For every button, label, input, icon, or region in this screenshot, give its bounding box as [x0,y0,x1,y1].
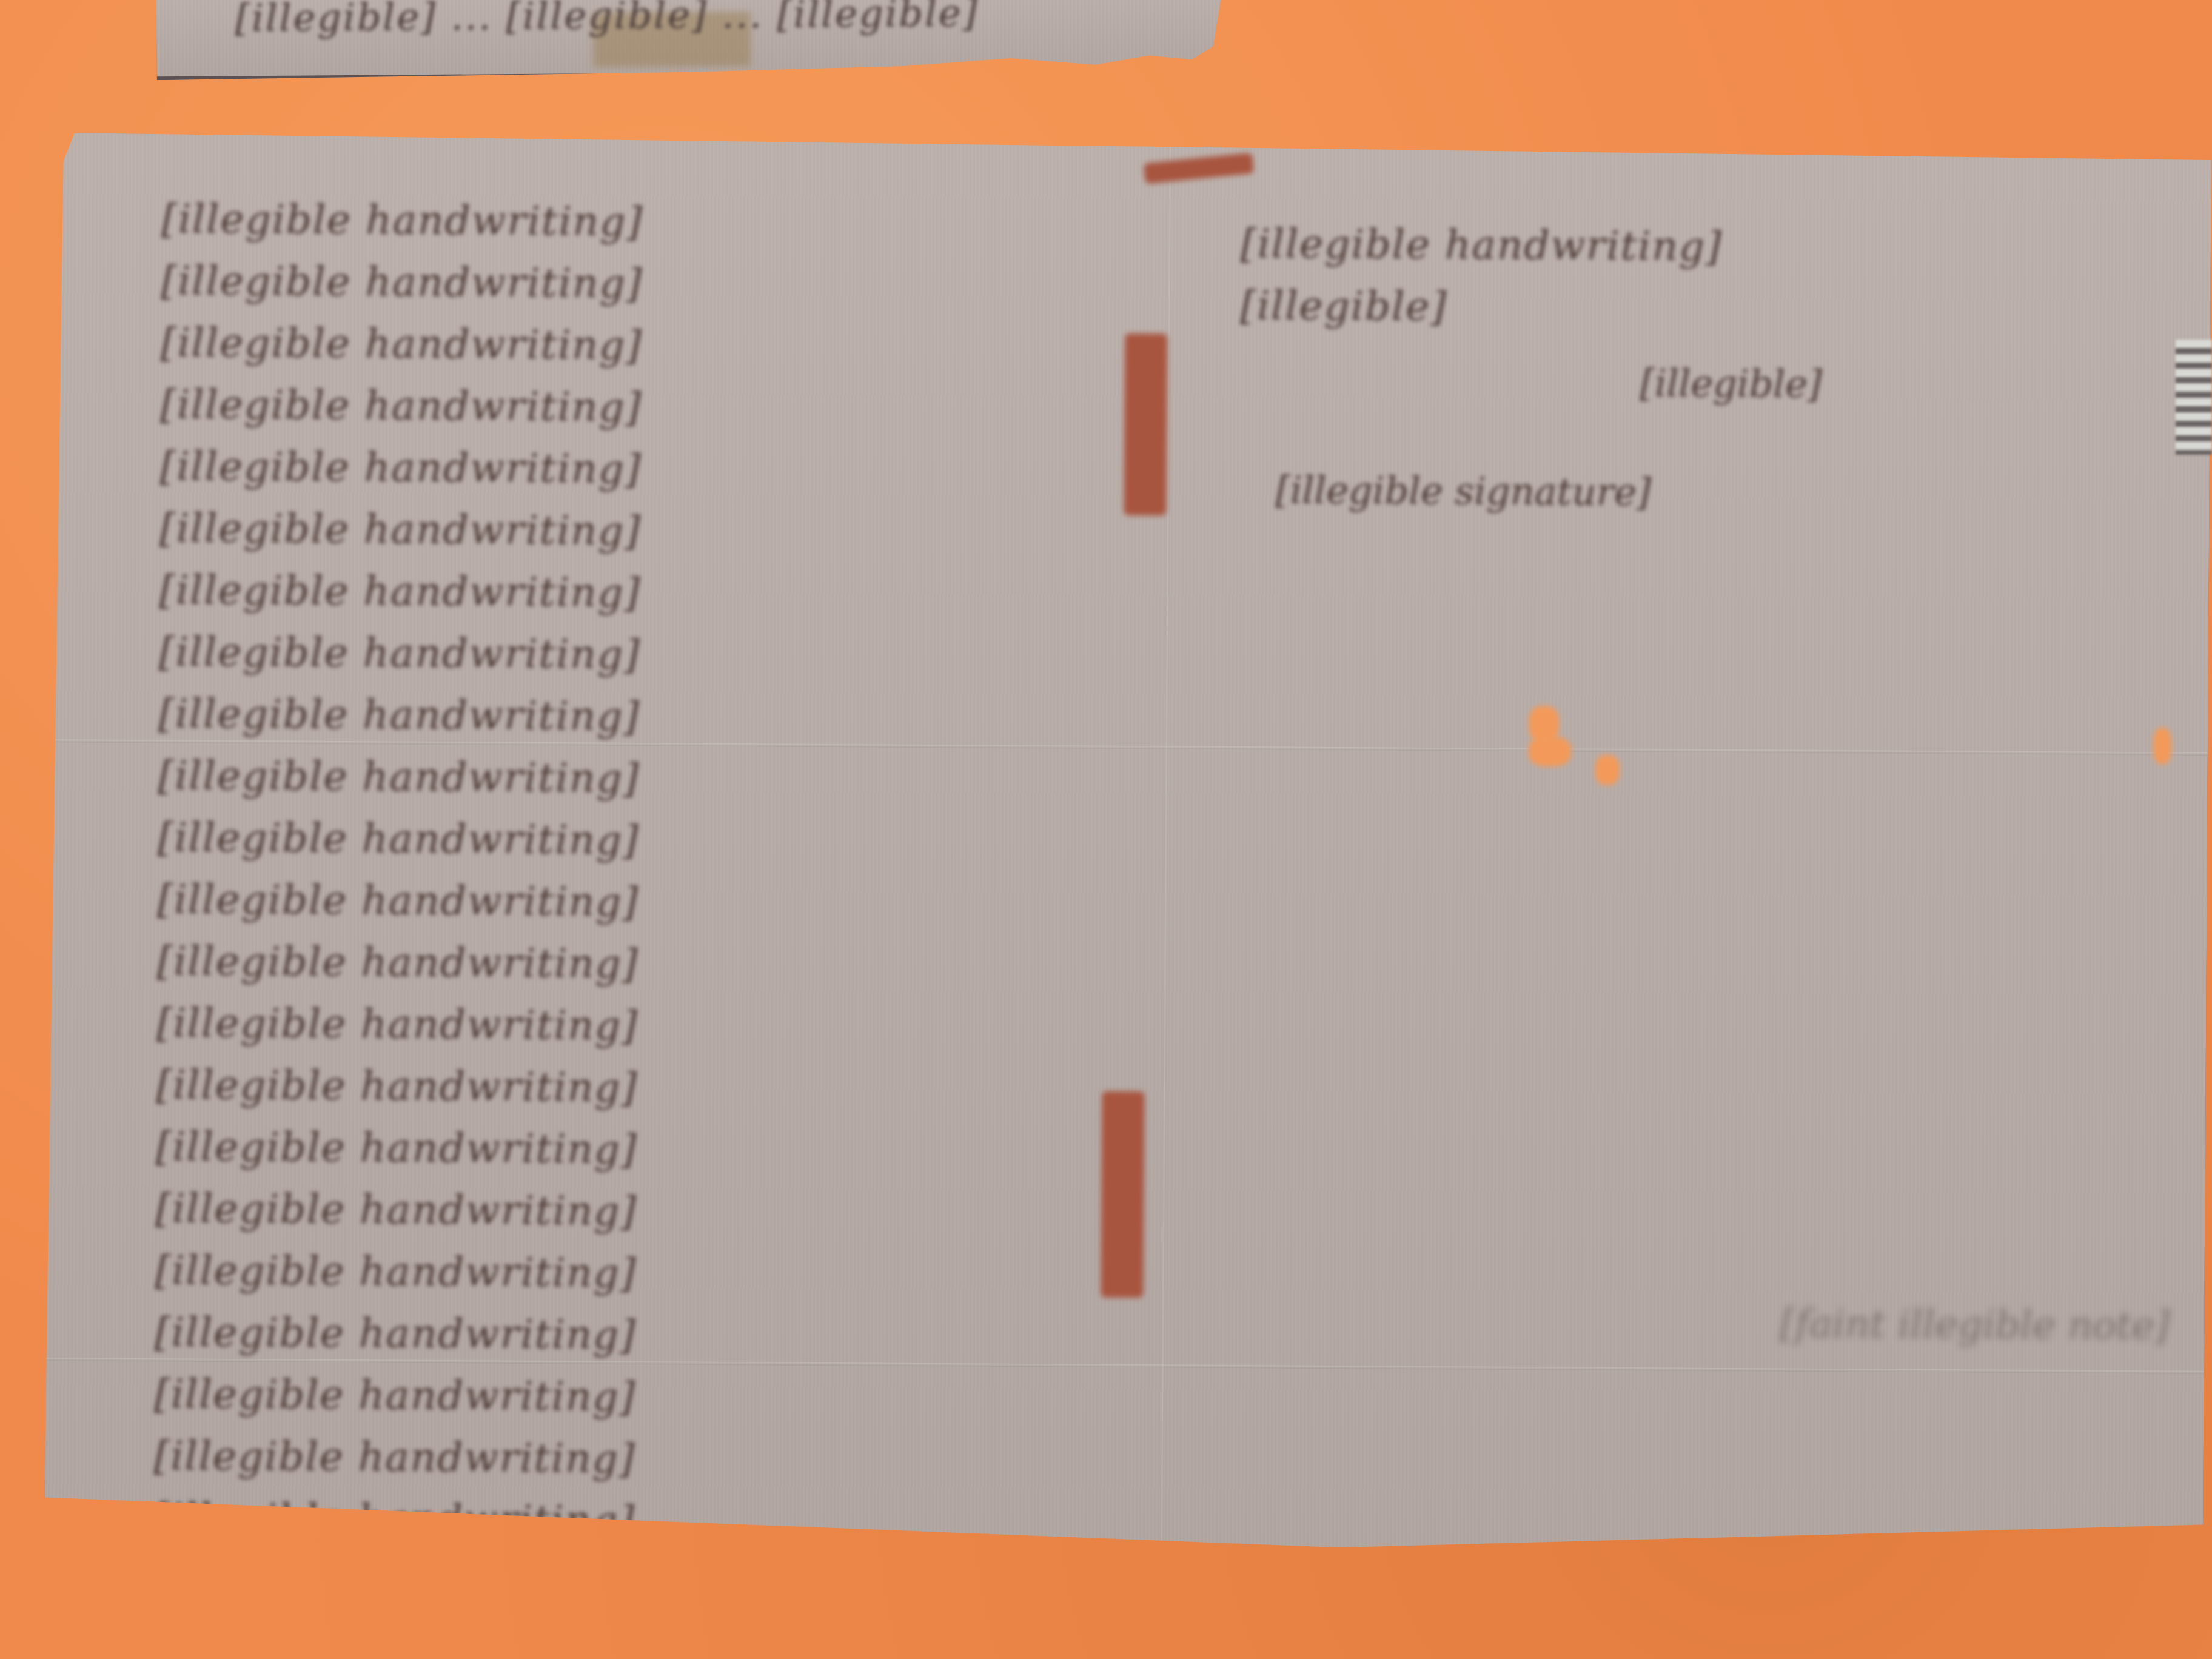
paper-hole [1529,736,1571,766]
text-line: [illegible handwriting] [156,1116,638,1181]
text-line: [illegible handwriting] [158,806,640,871]
seal-residue [1144,153,1254,184]
paper-hole [2153,728,2171,764]
left-page-text: [illegible handwriting] [illegible handw… [153,188,643,1552]
text-line: [illegible] [1240,275,1722,340]
text-line: [illegible handwriting] [156,1054,638,1119]
text-line: [illegible handwriting] [158,745,640,809]
text-line: [illegible handwriting] [156,992,638,1057]
metal-clip [2176,340,2212,455]
text-line: [illegible handwriting] [157,868,639,933]
text-line: [illegible handwriting] [154,1363,636,1428]
text-line: [illegible handwriting] [155,1178,637,1242]
signature: [illegible signature] [1275,468,1651,514]
closing-text: [illegible] [1640,361,1822,406]
text-line: [illegible handwriting] [159,621,641,686]
text-line: [illegible handwriting] [159,559,641,624]
text-line: [illegible handwriting] [156,930,638,995]
text-line: [illegible handwriting] [161,188,643,253]
paper-hole [1595,755,1620,785]
seal-residue [1124,333,1167,515]
letter-sheet: [illegible handwriting] [illegible handw… [44,133,2211,1553]
right-page-text: [illegible handwriting] [illegible] [1240,213,1723,340]
seal-residue [1101,1091,1144,1298]
annotation: [faint illegible note] [1780,1302,2170,1349]
text-line: [illegible handwriting] [158,683,640,748]
text-line: [illegible handwriting] [1241,213,1723,278]
paper-fragment: [illegible] ... [illegible] ... [illegib… [156,0,1224,80]
text-line: [illegible handwriting] [155,1239,637,1304]
text-line: [illegible handwriting] [159,497,642,562]
text-line: [illegible handwriting] [161,250,643,315]
fragment-text: [illegible] ... [illegible] ... [illegib… [235,0,979,40]
text-line: [illegible handwriting] [155,1301,637,1366]
text-line: [illegible handwriting] [153,1487,635,1552]
text-line: [illegible handwriting] [153,1425,635,1490]
text-line: [illegible handwriting] [159,435,642,500]
text-line: [illegible handwriting] [160,374,642,438]
text-line: [illegible handwriting] [161,312,643,377]
